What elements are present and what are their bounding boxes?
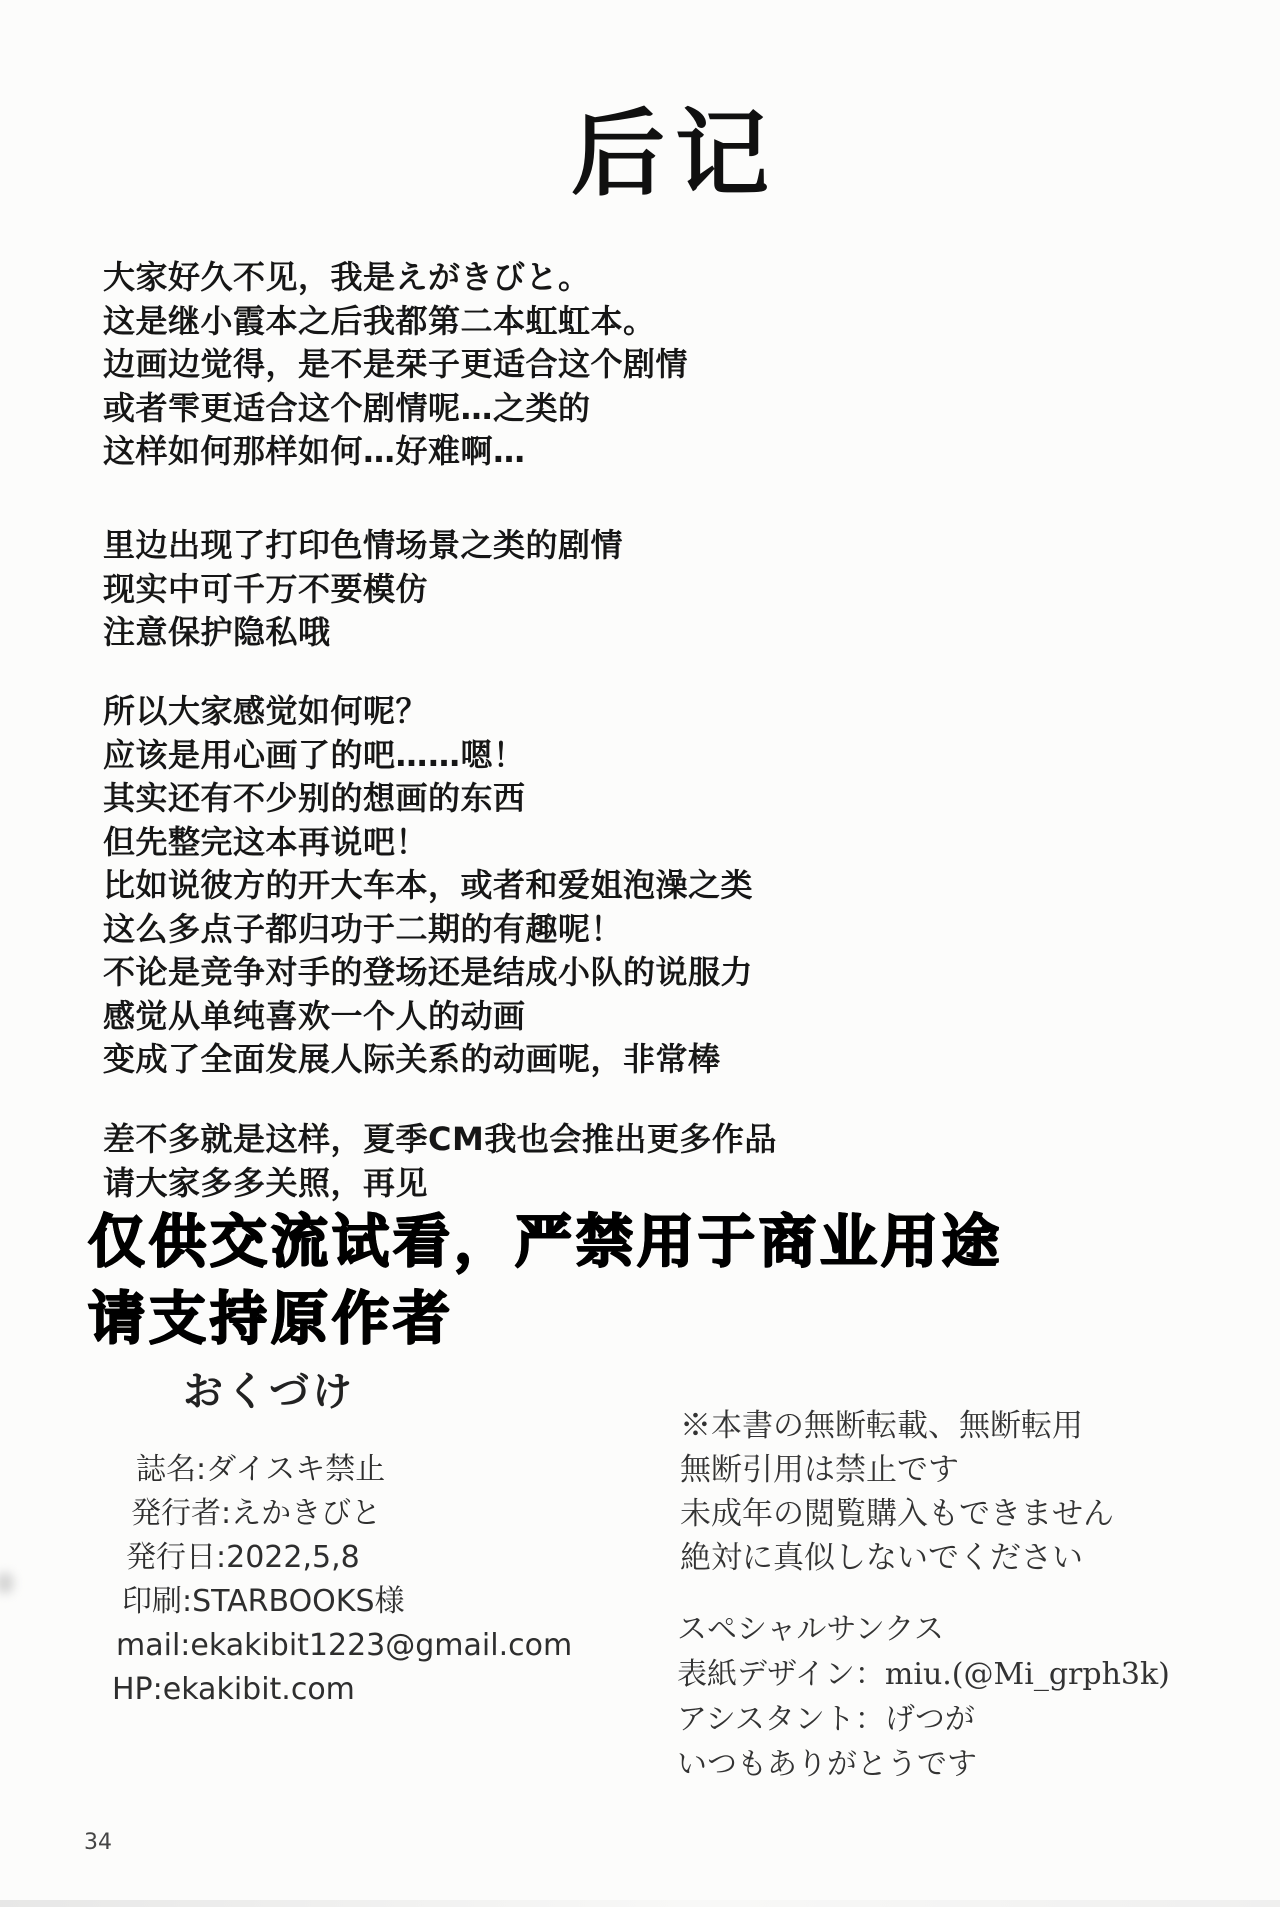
afterword-paragraph-farewell: 差不多就是这样，夏季CM我也会推出更多作品 请大家多多关照，再见 (103, 1118, 777, 1205)
thanks-heading: スペシャルサンクス (677, 1607, 1170, 1652)
afterword-line: 这是继小霞本之后我都第二本虹虹本。 (103, 300, 688, 344)
colophon-publisher: 発行者:えかきびと (131, 1492, 572, 1536)
colophon-date: 発行日:2022,5,8 (126, 1536, 572, 1580)
legal-line: 絶対に真似しないでください (680, 1536, 1114, 1580)
afterword-line: 不论是竞争对手的登场还是结成小队的说服力 (103, 951, 753, 995)
afterword-paragraph-thoughts: 所以大家感觉如何呢？ 应该是用心画了的吧……嗯！ 其实还有不少别的想画的东西 但… (103, 690, 753, 1082)
afterword-line: 里边出现了打印色情场景之类的剧情 (103, 524, 623, 568)
scan-edge-shade (0, 1900, 1280, 1907)
afterword-line: 或者雫更适合这个剧情呢…之类的 (103, 387, 688, 431)
colophon-info: 誌名:ダイスキ禁止 発行者:えかきびと 発行日:2022,5,8 印刷:STAR… (112, 1448, 572, 1712)
afterword-line: 请大家多多关照，再见 (103, 1162, 777, 1206)
afterword-line: 大家好久不见，我是えがきびと。 (103, 256, 688, 300)
afterword-line: 应该是用心画了的吧……嗯！ (103, 734, 753, 778)
special-thanks: スペシャルサンクス 表紙デザイン：miu.(@Mi_grph3k) アシスタント… (677, 1607, 1170, 1787)
afterword-line: 变成了全面发展人际关系的动画呢，非常棒 (103, 1038, 753, 1082)
afterword-paragraph-greeting: 大家好久不见，我是えがきびと。 这是继小霞本之后我都第二本虹虹本。 边画边觉得，… (103, 256, 688, 474)
thanks-message: いつもありがとうです (677, 1742, 1170, 1787)
legal-line: ※本書の無断転載、無断転用 (680, 1404, 1114, 1448)
colophon-mail: mail:ekakibit1223@gmail.com (116, 1624, 572, 1668)
notice-line: 请支持原作者 (88, 1281, 1003, 1358)
afterword-paragraph-warning: 里边出现了打印色情场景之类的剧情 现实中可千万不要模仿 注意保护隐私哦 (103, 524, 623, 655)
scanned-afterword-page: 后记 大家好久不见，我是えがきびと。 这是继小霞本之后我都第二本虹虹本。 边画边… (0, 0, 1280, 1907)
afterword-line: 注意保护隐私哦 (103, 611, 623, 655)
page-title: 后记 (0, 100, 1280, 210)
afterword-line: 感觉从单纯喜欢一个人的动画 (103, 995, 753, 1039)
thanks-cover-design: 表紙デザイン：miu.(@Mi_grph3k) (677, 1652, 1170, 1697)
afterword-line: 其实还有不少别的想画的东西 (103, 777, 753, 821)
legal-line: 無断引用は禁止です (680, 1448, 1114, 1492)
colophon-title: 誌名:ダイスキ禁止 (136, 1448, 572, 1492)
page-number: 34 (84, 1830, 112, 1855)
colophon-homepage: HP:ekakibit.com (112, 1668, 572, 1712)
thanks-assistant: アシスタント：げつが (677, 1697, 1170, 1742)
legal-notice: ※本書の無断転載、無断転用 無断引用は禁止です 未成年の閲覧購入もできません 絶… (680, 1404, 1114, 1580)
scan-smudge-artifact (0, 1572, 14, 1594)
afterword-line: 但先整完这本再说吧！ (103, 821, 753, 865)
afterword-line: 比如说彼方的开大车本，或者和爱姐泡澡之类 (103, 864, 753, 908)
afterword-line: 这么多点子都归功于二期的有趣呢！ (103, 908, 753, 952)
afterword-line: 差不多就是这样，夏季CM我也会推出更多作品 (103, 1118, 777, 1162)
okuzuke-heading: おくづけ (183, 1360, 355, 1417)
scanlation-notice: 仅供交流试看，严禁用于商业用途 请支持原作者 (88, 1204, 1003, 1358)
afterword-line: 所以大家感觉如何呢？ (103, 690, 753, 734)
afterword-line: 现实中可千万不要模仿 (103, 568, 623, 612)
legal-line: 未成年の閲覧購入もできません (680, 1492, 1114, 1536)
afterword-line: 这样如何那样如何…好难啊… (103, 430, 688, 474)
colophon-printer: 印刷:STARBOOKS様 (122, 1580, 572, 1624)
notice-line: 仅供交流试看，严禁用于商业用途 (88, 1204, 1003, 1281)
afterword-line: 边画边觉得，是不是栞子更适合这个剧情 (103, 343, 688, 387)
